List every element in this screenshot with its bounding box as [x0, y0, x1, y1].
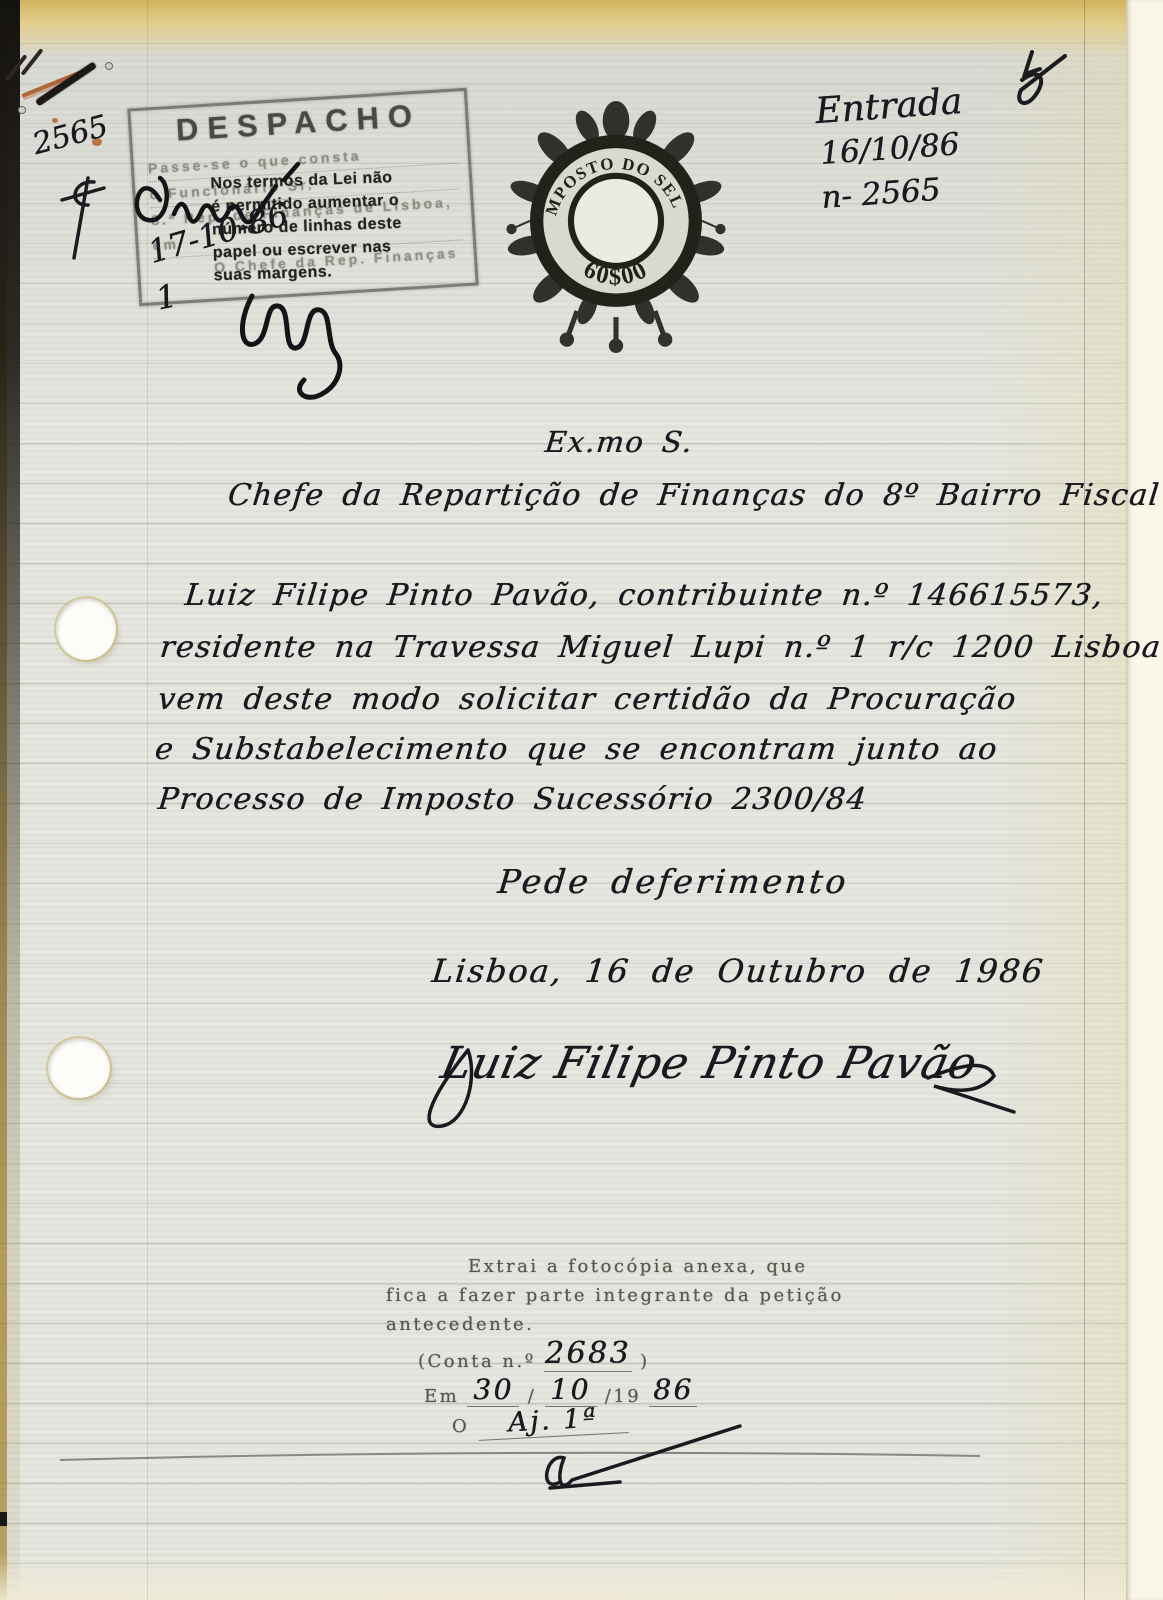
body-line: e Substabelecimento que se encontram jun… [153, 732, 999, 767]
signature-flourish [408, 1030, 1028, 1140]
hole-punch-bottom [48, 1038, 110, 1098]
edge-speck [0, 1512, 7, 1526]
body-line: vem deste modo solicitar certidão da Pro… [156, 682, 1018, 717]
body-line: Luiz Filipe Pinto Pavão, contribuinte n.… [183, 578, 1105, 613]
em-day: 30 [467, 1373, 519, 1407]
entry-note: Entrada 16/10/86 n- 2565 [814, 81, 969, 216]
conta-value: 2683 [544, 1336, 632, 1372]
bottom-rule-line [60, 1453, 980, 1460]
entry-date: 16/10/86 [819, 126, 966, 172]
em-label: Em [424, 1386, 459, 1407]
conta-paren: ) [640, 1351, 650, 1372]
corner-initials-mark [1002, 46, 1074, 122]
salutation-line-1: Ex.mo S. [543, 425, 695, 459]
bottom-edge-band [0, 1552, 1126, 1600]
em-year: 86 [649, 1373, 697, 1407]
closing-line: Pede deferimento [496, 862, 850, 901]
paper-age-tint [980, 0, 1126, 1600]
scanner-right-margin [1126, 0, 1163, 1600]
body-line: Processo de Imposto Sucessório 2300/84 [156, 782, 869, 817]
right-margin-rule [1084, 0, 1085, 1600]
conta-label: (Conta n.º [418, 1351, 536, 1372]
salutation-line-2: Chefe da Repartição de Finanças do 8º Ba… [226, 478, 1161, 513]
entry-word: Entrada [814, 81, 964, 132]
imposto-do-selo-seal: IMPOSTO DO SELO 60$00 [503, 100, 729, 356]
left-edge-shadow [0, 0, 20, 1600]
em-month: 10 [545, 1373, 597, 1407]
staple-end [18, 106, 26, 114]
hole-punch-top [56, 598, 116, 660]
note-line-1: Extrai a fotocópia anexa, que [468, 1256, 808, 1277]
date-line: Lisboa, 16 de Outubro de 1986 [430, 952, 1046, 990]
despacho-signature-flourish [214, 258, 374, 408]
corner-p-mark [58, 172, 112, 268]
note-line-3: antecedente. [386, 1314, 534, 1335]
conta-row: (Conta n.º 2683 ) [418, 1340, 650, 1376]
staple-end [105, 62, 113, 70]
clerk-signature-squiggle [40, 1418, 1000, 1518]
body-line: residente na Travessa Miguel Lupi n.º 1 … [158, 630, 1163, 665]
top-edge-band [0, 0, 1163, 56]
scanned-document: 2565 Entrada 16/10/86 n- 2565 DESPACHO P… [0, 0, 1163, 1600]
em-slash: / [528, 1386, 537, 1407]
note-line-2: fica a fazer parte integrante da petição [386, 1285, 844, 1306]
